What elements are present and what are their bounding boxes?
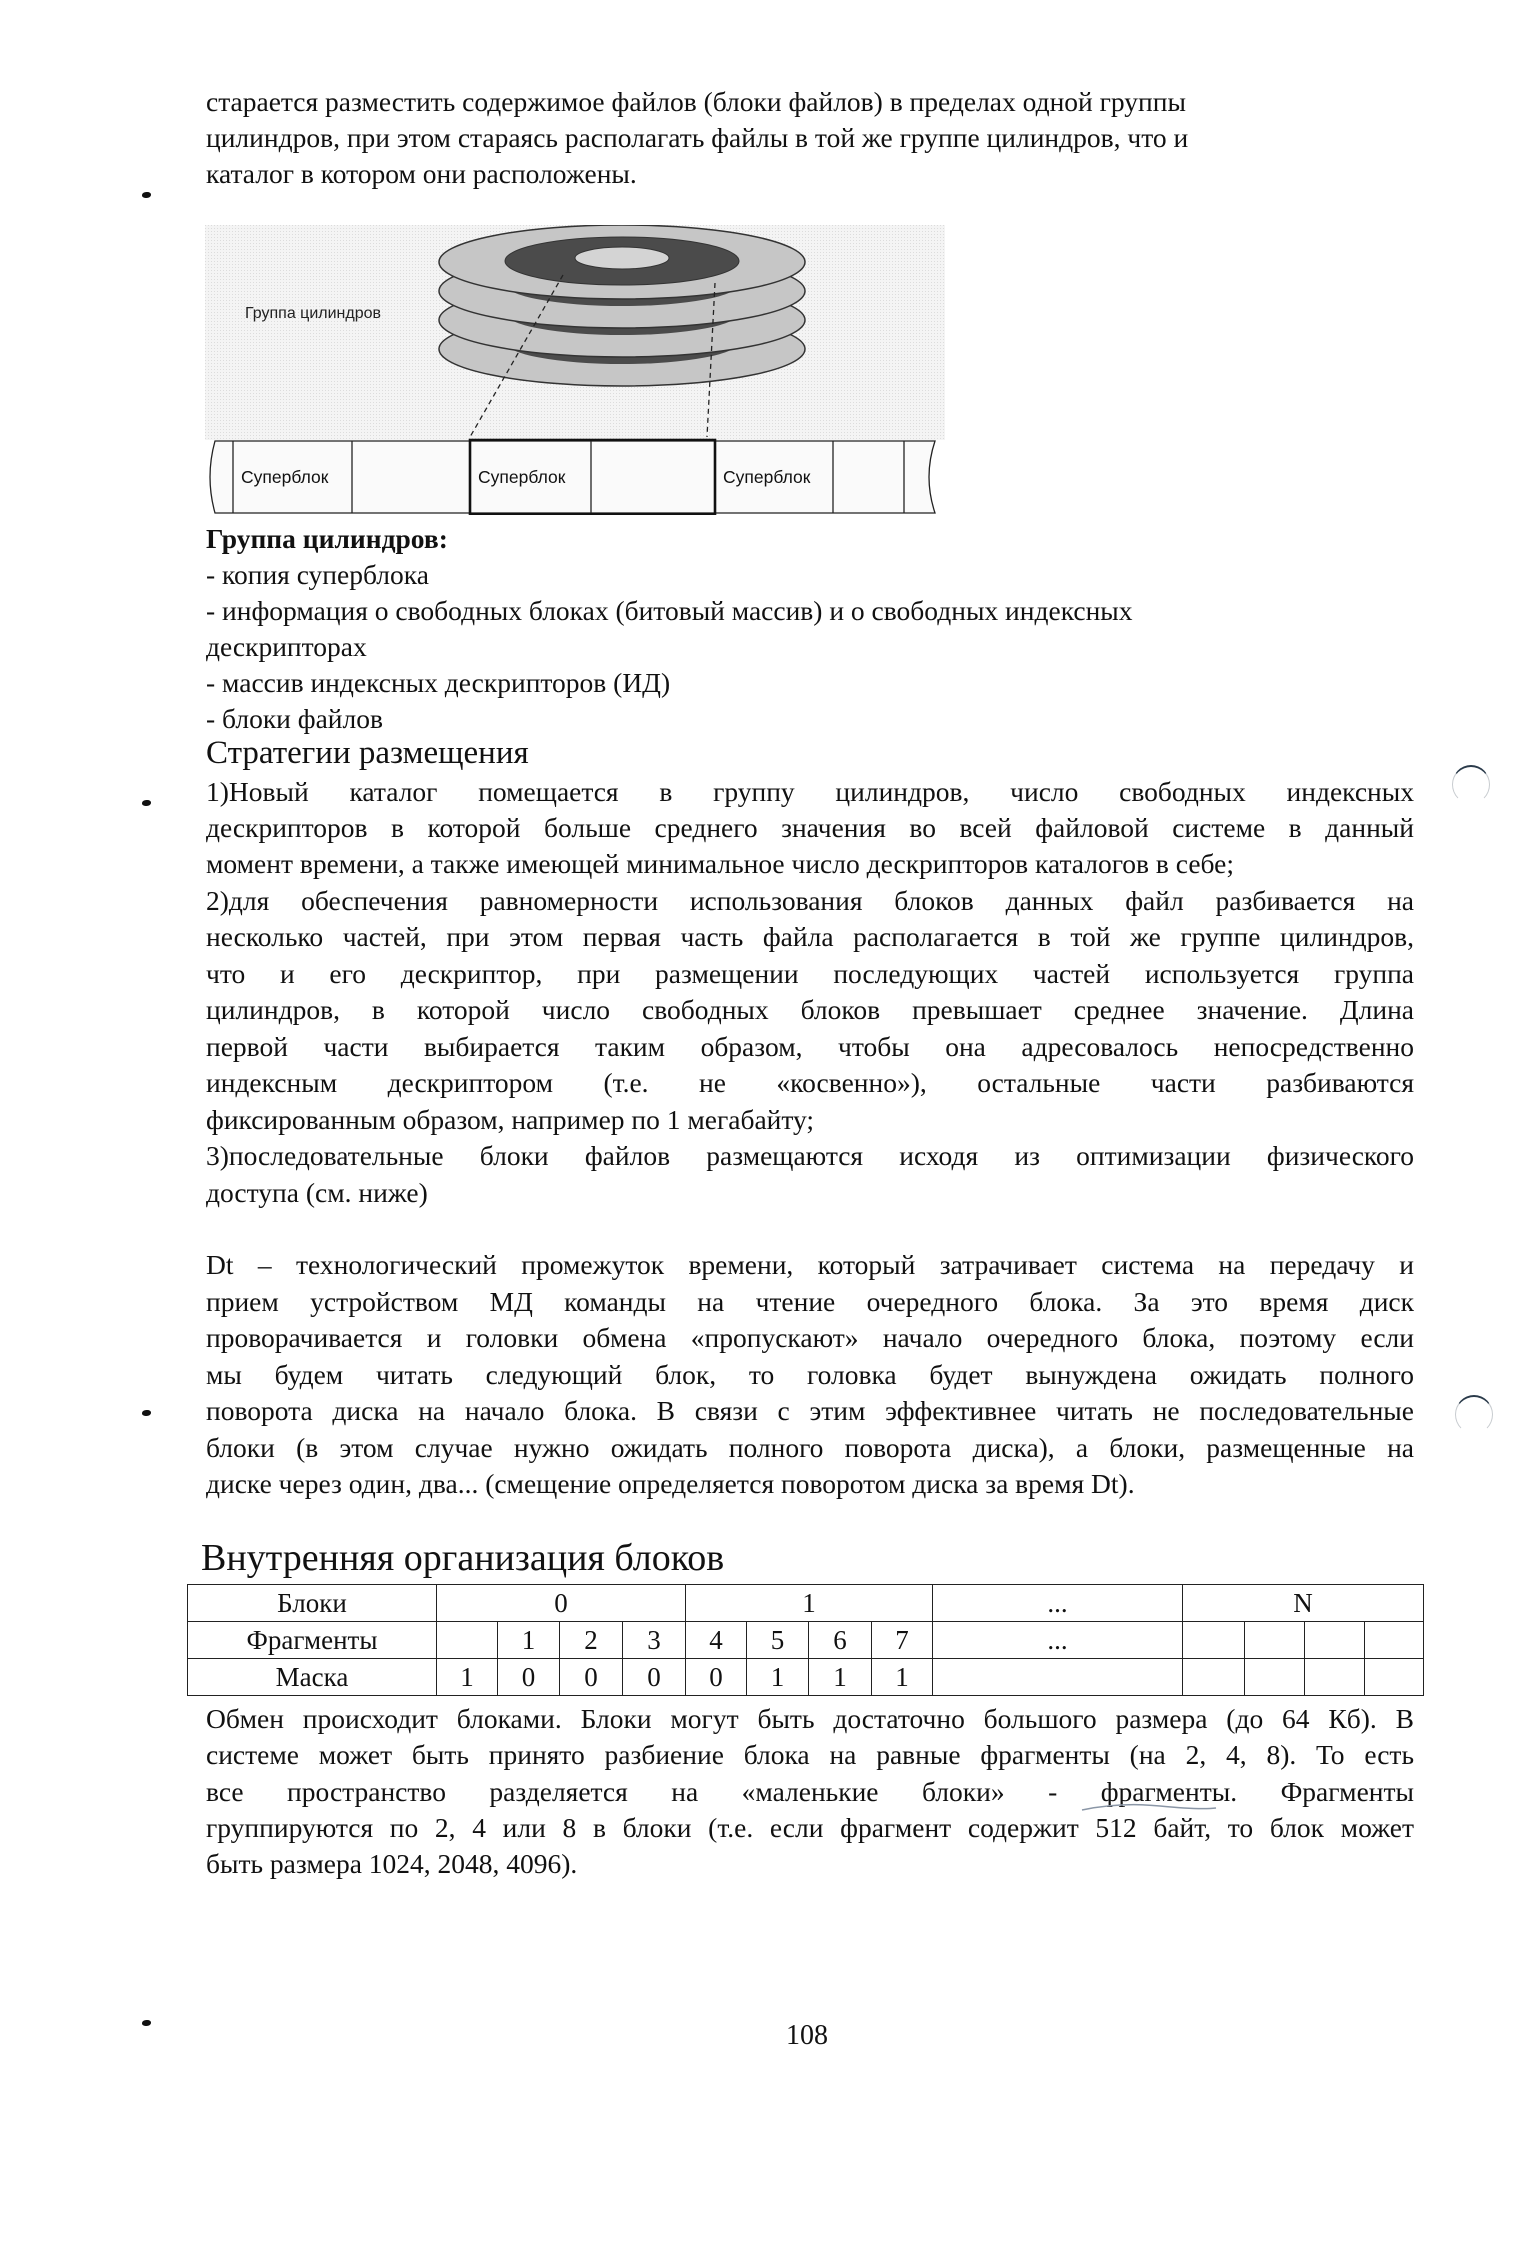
block-cell: ...	[933, 1585, 1183, 1622]
blocks-table: Блоки 0 1 ... N Фрагменты 1 2 3 4 5 6 7 …	[187, 1584, 1424, 1696]
strategy-line: что и его дескриптор, при размещении пос…	[206, 956, 1414, 992]
block-cell: 0	[437, 1585, 686, 1622]
mask-cell: 0	[498, 1659, 560, 1696]
dt-line: проворачивается и головки обмена «пропус…	[206, 1320, 1414, 1356]
table-row-mask: Маска 1 0 0 0 0 1 1 1	[188, 1659, 1424, 1696]
dt-line: прием устройством МД команды на чтение о…	[206, 1284, 1414, 1320]
dt-line: Dt – технологический промежуток времени,…	[206, 1247, 1414, 1283]
fragment-cell: 6	[809, 1622, 872, 1659]
fragment-cell: 3	[623, 1622, 686, 1659]
mask-cell: 1	[747, 1659, 809, 1696]
intro-line: каталог в котором они расположены.	[206, 156, 1414, 192]
strategy-line: дескрипторов в которой больше среднего з…	[206, 810, 1414, 846]
platter-1	[439, 225, 805, 299]
punch-mark	[142, 192, 151, 198]
inner-org-line: группируются по 2, 4 или 8 в блоки (т.е.…	[206, 1810, 1414, 1846]
cylinder-group-diagram: Группа цилиндров Суперблок Суперблок Суп…	[205, 225, 945, 515]
strategy-line: индексным дескриптором (т.е. не «косвенн…	[206, 1065, 1414, 1101]
fragment-cell: 7	[872, 1622, 933, 1659]
row-label: Фрагменты	[188, 1622, 437, 1659]
fragment-cell	[1365, 1622, 1424, 1659]
mask-cell: 1	[872, 1659, 933, 1696]
binder-hole	[1455, 1395, 1493, 1434]
strategies-heading: Стратегии размещения	[206, 735, 1414, 771]
punch-mark	[142, 2020, 151, 2026]
inner-org-line: Обмен происходит блоками. Блоки могут бы…	[206, 1701, 1414, 1737]
list-item: - информация о свободных блоках (битовый…	[206, 593, 1414, 629]
binder-hole	[1452, 765, 1490, 804]
dt-line: диске через один, два... (смещение опред…	[206, 1466, 1414, 1502]
cylinder-group-label: Группа цилиндров	[245, 305, 381, 323]
fragment-cell	[1245, 1622, 1305, 1659]
fragment-ellipsis: ...	[933, 1622, 1183, 1659]
strategy-line: 3)последовательные блоки файлов размещаю…	[206, 1138, 1414, 1174]
strategy-line: 1)Новый каталог помещается в группу цили…	[206, 774, 1414, 810]
dt-line: блоки (в этом случае нужно ожидать полно…	[206, 1430, 1414, 1466]
fragment-cell	[1183, 1622, 1245, 1659]
punch-mark	[142, 800, 151, 806]
mask-cell	[1365, 1659, 1424, 1696]
block-cell: N	[1183, 1585, 1424, 1622]
mask-cell: 0	[686, 1659, 747, 1696]
strategy-line: несколько частей, при этом первая часть …	[206, 919, 1414, 955]
inner-org-heading: Внутренняя организация блоков	[201, 1540, 1409, 1576]
fragment-cell: 4	[686, 1622, 747, 1659]
mask-cell	[1305, 1659, 1365, 1696]
mask-cell: 1	[437, 1659, 498, 1696]
mask-cell: 0	[560, 1659, 623, 1696]
page-number: 108	[786, 2020, 828, 2052]
pencil-underline-mark	[1080, 1800, 1220, 1814]
strategy-line: момент времени, а также имеющей минималь…	[206, 846, 1414, 882]
superblock-label: Суперблок	[241, 467, 328, 488]
cylinder-group-title: Группа цилиндров:	[206, 521, 1414, 557]
row-label: Маска	[188, 1659, 437, 1696]
fragment-cell: 1	[498, 1622, 560, 1659]
superblock-label: Суперблок	[478, 467, 565, 488]
fragment-cell	[1305, 1622, 1365, 1659]
list-item: - массив индексных дескрипторов (ИД)	[206, 665, 1414, 701]
fragment-cell	[437, 1622, 498, 1659]
table-row-fragments: Фрагменты 1 2 3 4 5 6 7 ...	[188, 1622, 1424, 1659]
dt-line: мы будем читать следующий блок, то голов…	[206, 1357, 1414, 1393]
punch-mark	[142, 1410, 151, 1416]
intro-line: цилиндров, при этом стараясь располагать…	[206, 120, 1414, 156]
row-label: Блоки	[188, 1585, 437, 1622]
strategy-line: 2)для обеспечения равномерности использо…	[206, 883, 1414, 919]
list-item: - блоки файлов	[206, 701, 1414, 737]
mask-cell	[933, 1659, 1183, 1696]
inner-org-line: системе может быть принято разбиение бло…	[206, 1737, 1414, 1773]
mask-cell	[1245, 1659, 1305, 1696]
mask-cell: 0	[623, 1659, 686, 1696]
strategy-line: доступа (см. ниже)	[206, 1175, 1414, 1211]
table-row-blocks: Блоки 0 1 ... N	[188, 1585, 1424, 1622]
list-item: дескрипторах	[206, 629, 1414, 665]
strategy-line: цилиндров, в которой число свободных бло…	[206, 992, 1414, 1028]
block-cell: 1	[686, 1585, 933, 1622]
list-item: - копия суперблока	[206, 557, 1414, 593]
fragment-cell: 2	[560, 1622, 623, 1659]
intro-line: старается разместить содержимое файлов (…	[206, 84, 1414, 120]
fragment-cell: 5	[747, 1622, 809, 1659]
inner-org-line: все пространство разделяется на «маленьк…	[206, 1774, 1414, 1810]
strategy-line: фиксированным образом, например по 1 мег…	[206, 1102, 1414, 1138]
dt-line: поворота диска на начало блока. В связи …	[206, 1393, 1414, 1429]
superblock-label: Суперблок	[723, 467, 810, 488]
inner-org-line: быть размера 1024, 2048, 4096).	[206, 1846, 1414, 1882]
mask-cell	[1183, 1659, 1245, 1696]
mask-cell: 1	[809, 1659, 872, 1696]
strategy-line: первой части выбирается таким образом, ч…	[206, 1029, 1414, 1065]
